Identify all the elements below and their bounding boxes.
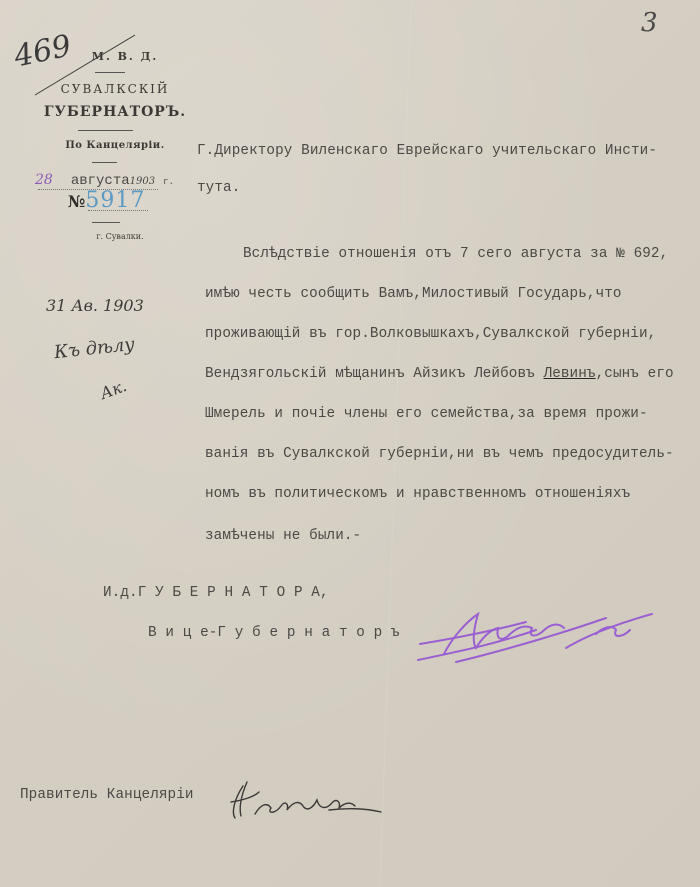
body-line-4-tail: ,сынъ его (596, 366, 674, 382)
body-line-4-head: Вендзягольскій мѣщанинъ Айзикъ Лейбовъ (205, 366, 544, 382)
letterhead-divider (78, 130, 133, 131)
body-line-1: Вслѣдствіе отношенія отъ 7 сего августа … (243, 246, 668, 262)
body-line-7: номъ въ политическомъ и нравственномъ от… (205, 486, 630, 502)
addressee-line1: Г.Директору Виленскаго Еврейскаго учител… (197, 143, 657, 159)
signatory-title-vice-governor: В и ц е-Г у б е р н а т о р ъ (148, 625, 400, 641)
letterhead-department: По Канцеляріи. (50, 140, 180, 151)
date-day: 28 (35, 172, 53, 188)
letterhead-ministry: М. В. Д. (70, 50, 180, 63)
body-line-6: ванія въ Сувалкской губерніи,ни въ чемъ … (205, 446, 674, 462)
document-paper (0, 0, 700, 887)
letterhead-office-line2: ГУБЕРНАТОРЪ. (35, 104, 195, 120)
date-year: 1903 (130, 176, 155, 187)
chancellery-title: Правитель Канцеляріи (20, 787, 194, 803)
body-line-3: проживающій въ гор.Волковышкахъ,Сувалкск… (205, 326, 656, 342)
signatory-title-acting-governor: И.д.Г У Б Е Р Н А Т О Р А, (103, 585, 329, 601)
body-line-5: Шмерель и почіе члены его семейства,за в… (205, 406, 648, 422)
body-line-8: замѣчены не были.- (205, 528, 361, 544)
letterhead-date: 28августа1903г. (35, 172, 174, 189)
underlined-surname: Левинъ (544, 366, 596, 382)
body-line-2: имѣю честь сообщить Вамъ,Милостивый Госу… (205, 286, 622, 302)
vice-governor-signature (416, 608, 656, 664)
margin-received-date: 31 Ав. 1903 (46, 296, 144, 315)
date-month: августа (71, 173, 130, 189)
letterhead-divider (92, 162, 117, 163)
number-dotted-line (88, 210, 148, 211)
addressee-line2: тута. (197, 180, 240, 196)
date-suffix: г. (163, 177, 174, 187)
letterhead-divider (95, 72, 125, 73)
number-sign: № (68, 192, 85, 211)
body-line-4: Вендзягольскій мѣщанинъ Айзикъ Лейбовъ Л… (205, 366, 674, 382)
folio-number-mark: 3 (641, 8, 658, 38)
letterhead-divider (92, 222, 120, 223)
letterhead-office-line1: СУВАЛКСКІЙ (40, 82, 190, 96)
letterhead-city: г. Сувалки. (70, 232, 170, 241)
chancellery-signature (225, 778, 385, 822)
